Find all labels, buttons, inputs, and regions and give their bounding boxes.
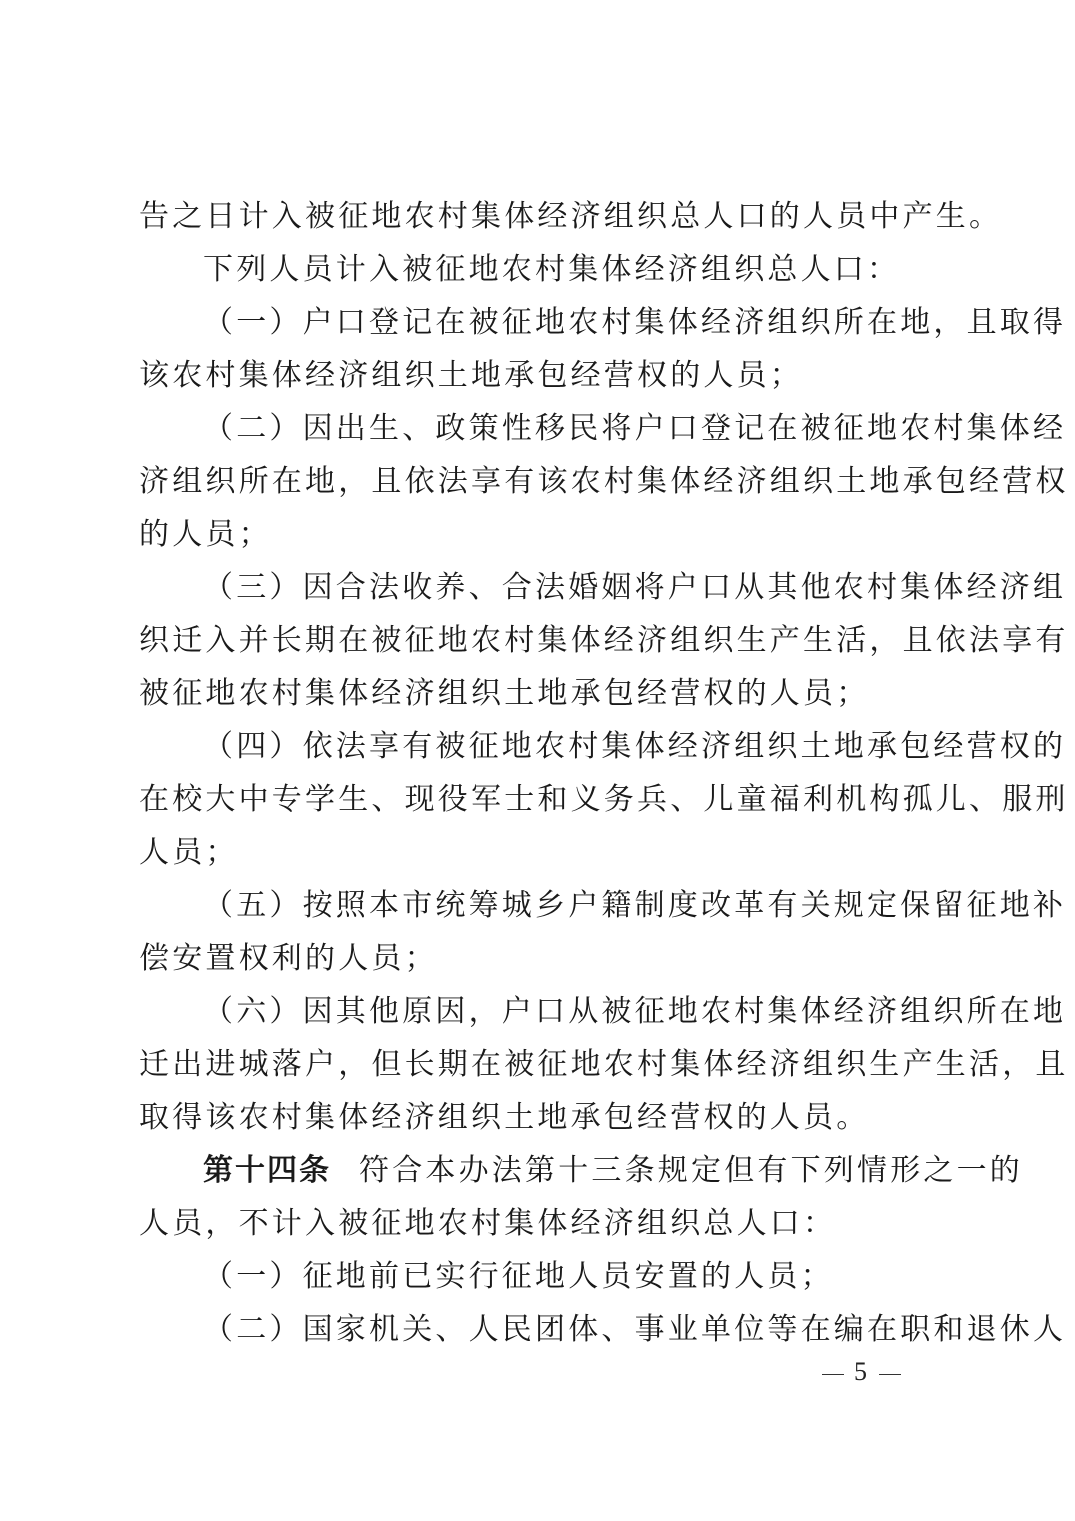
list-item-5-line: （五）按照本市统筹城乡户籍制度改革有关规定保留征地补	[139, 879, 939, 932]
article-14-first-line: 第十四条符合本办法第十三条规定但有下列情形之一的	[139, 1144, 939, 1197]
list-item-6-line: （六）因其他原因，户口从被征地农村集体经济组织所在地	[139, 985, 939, 1038]
text-line: 下列人员计入被征地农村集体经济组织总人口：	[139, 243, 939, 296]
page-number: 5	[812, 1357, 911, 1387]
list-item-4-line: （四）依法享有被征地农村集体经济组织土地承包经营权的	[139, 720, 939, 773]
article-14-item-1: （一）征地前已实行征地人员安置的人员；	[139, 1250, 939, 1303]
list-item-6-line: 取得该农村集体经济组织土地承包经营权的人员。	[139, 1091, 939, 1144]
article-14-item-2: （二）国家机关、人民团体、事业单位等在编在职和退休人	[139, 1303, 939, 1356]
document-page: 告之日计入被征地农村集体经济组织总人口的人员中产生。 下列人员计入被征地农村集体…	[139, 190, 939, 1356]
article-heading: 第十四条	[203, 1153, 331, 1188]
dash-right	[879, 1374, 901, 1375]
list-item-2-line: （二）因出生、政策性移民将户口登记在被征地农村集体经	[139, 402, 939, 455]
list-item-1-line: 该农村集体经济组织土地承包经营权的人员；	[139, 349, 939, 402]
article-14-line: 人员，不计入被征地农村集体经济组织总人口：	[139, 1197, 939, 1250]
list-item-2-line: 的人员；	[139, 508, 939, 561]
list-item-3-line: 被征地农村集体经济组织土地承包经营权的人员；	[139, 667, 939, 720]
text-line: 告之日计入被征地农村集体经济组织总人口的人员中产生。	[139, 190, 939, 243]
list-item-4-line: 人员；	[139, 826, 939, 879]
list-item-1-line: （一）户口登记在被征地农村集体经济组织所在地，且取得	[139, 296, 939, 349]
list-item-5-line: 偿安置权利的人员；	[139, 932, 939, 985]
list-item-6-line: 迁出进城落户，但长期在被征地农村集体经济组织生产生活，且	[139, 1038, 939, 1091]
dash-left	[822, 1374, 844, 1375]
list-item-3-line: 织迁入并长期在被征地农村集体经济组织生产生活，且依法享有	[139, 614, 939, 667]
list-item-3-line: （三）因合法收养、合法婚姻将户口从其他农村集体经济组	[139, 561, 939, 614]
list-item-2-line: 济组织所在地，且依法享有该农村集体经济组织土地承包经营权	[139, 455, 939, 508]
list-item-4-line: 在校大中专学生、现役军士和义务兵、儿童福利机构孤儿、服刑	[139, 773, 939, 826]
page-number-value: 5	[854, 1357, 869, 1386]
article-text: 符合本办法第十三条规定但有下列情形之一的	[359, 1153, 1023, 1188]
